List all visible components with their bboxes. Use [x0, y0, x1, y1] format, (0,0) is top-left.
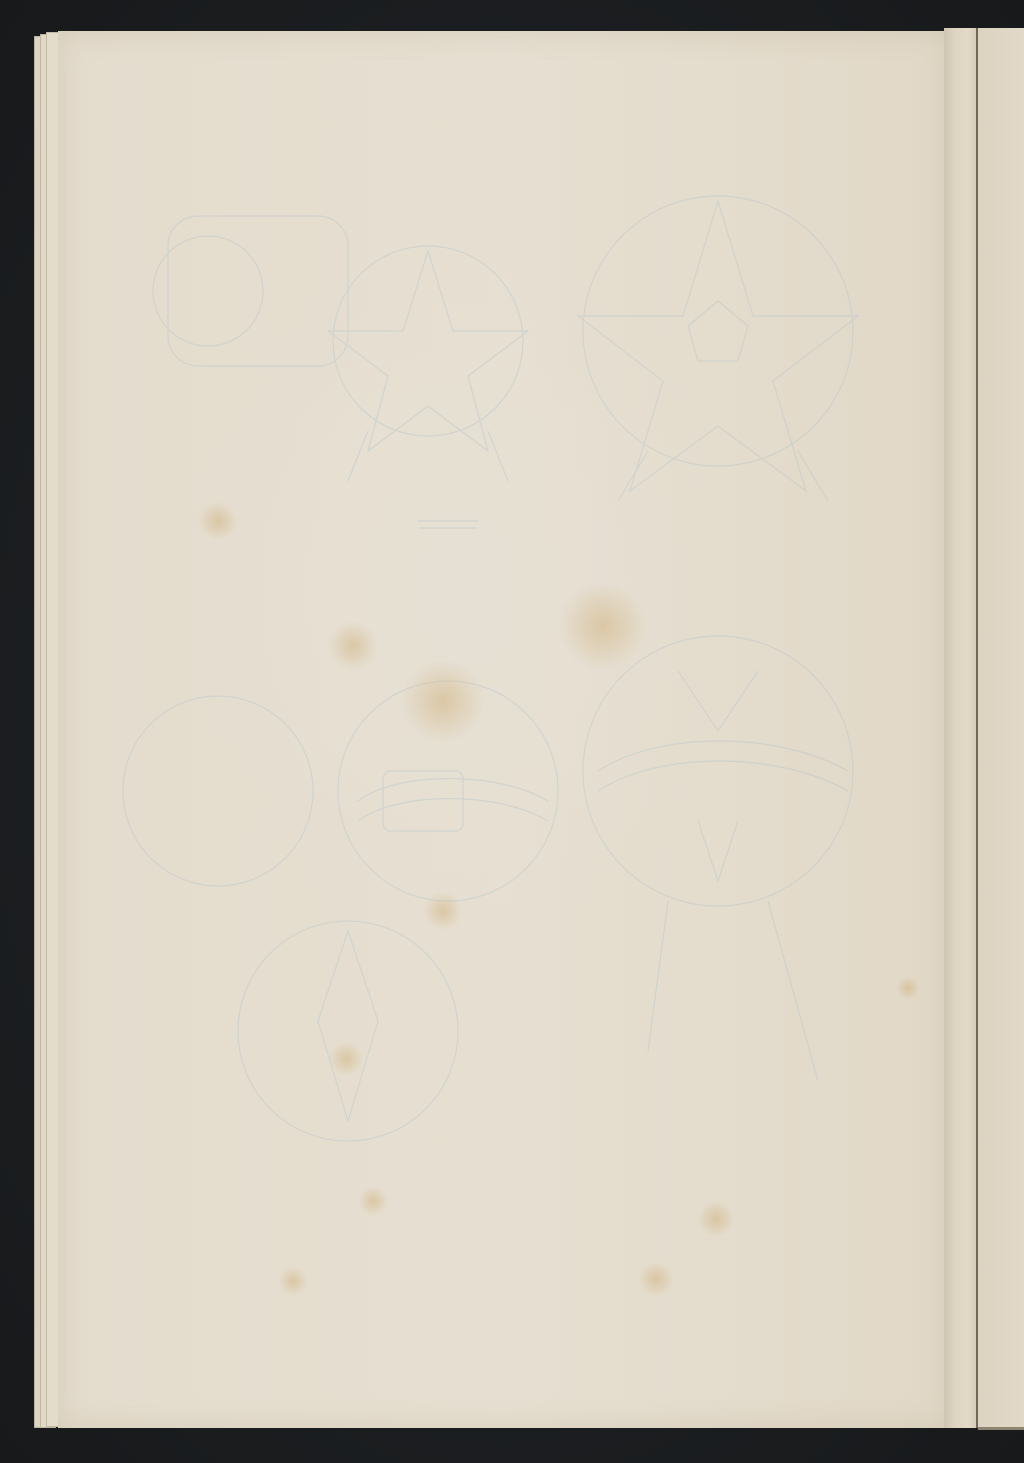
foxing-stain [638, 1261, 674, 1297]
foxing-stain [278, 1266, 308, 1296]
book-gutter [944, 28, 978, 1428]
foxing-stain [558, 581, 648, 671]
foxing-stain [328, 1041, 364, 1077]
foxing-stain [698, 1201, 734, 1237]
facing-page-edge [978, 28, 1024, 1428]
blank-page [58, 31, 950, 1428]
foxing-stain [398, 661, 488, 741]
foxing-stain [896, 976, 920, 1000]
bleed-through-illustrations [58, 31, 950, 1428]
foxing-stain [358, 1186, 388, 1216]
foxing-stain [328, 621, 378, 671]
foxing-stain [423, 891, 463, 931]
facing-page-bottom-edge [978, 1427, 1024, 1430]
foxing-stain [198, 501, 238, 541]
